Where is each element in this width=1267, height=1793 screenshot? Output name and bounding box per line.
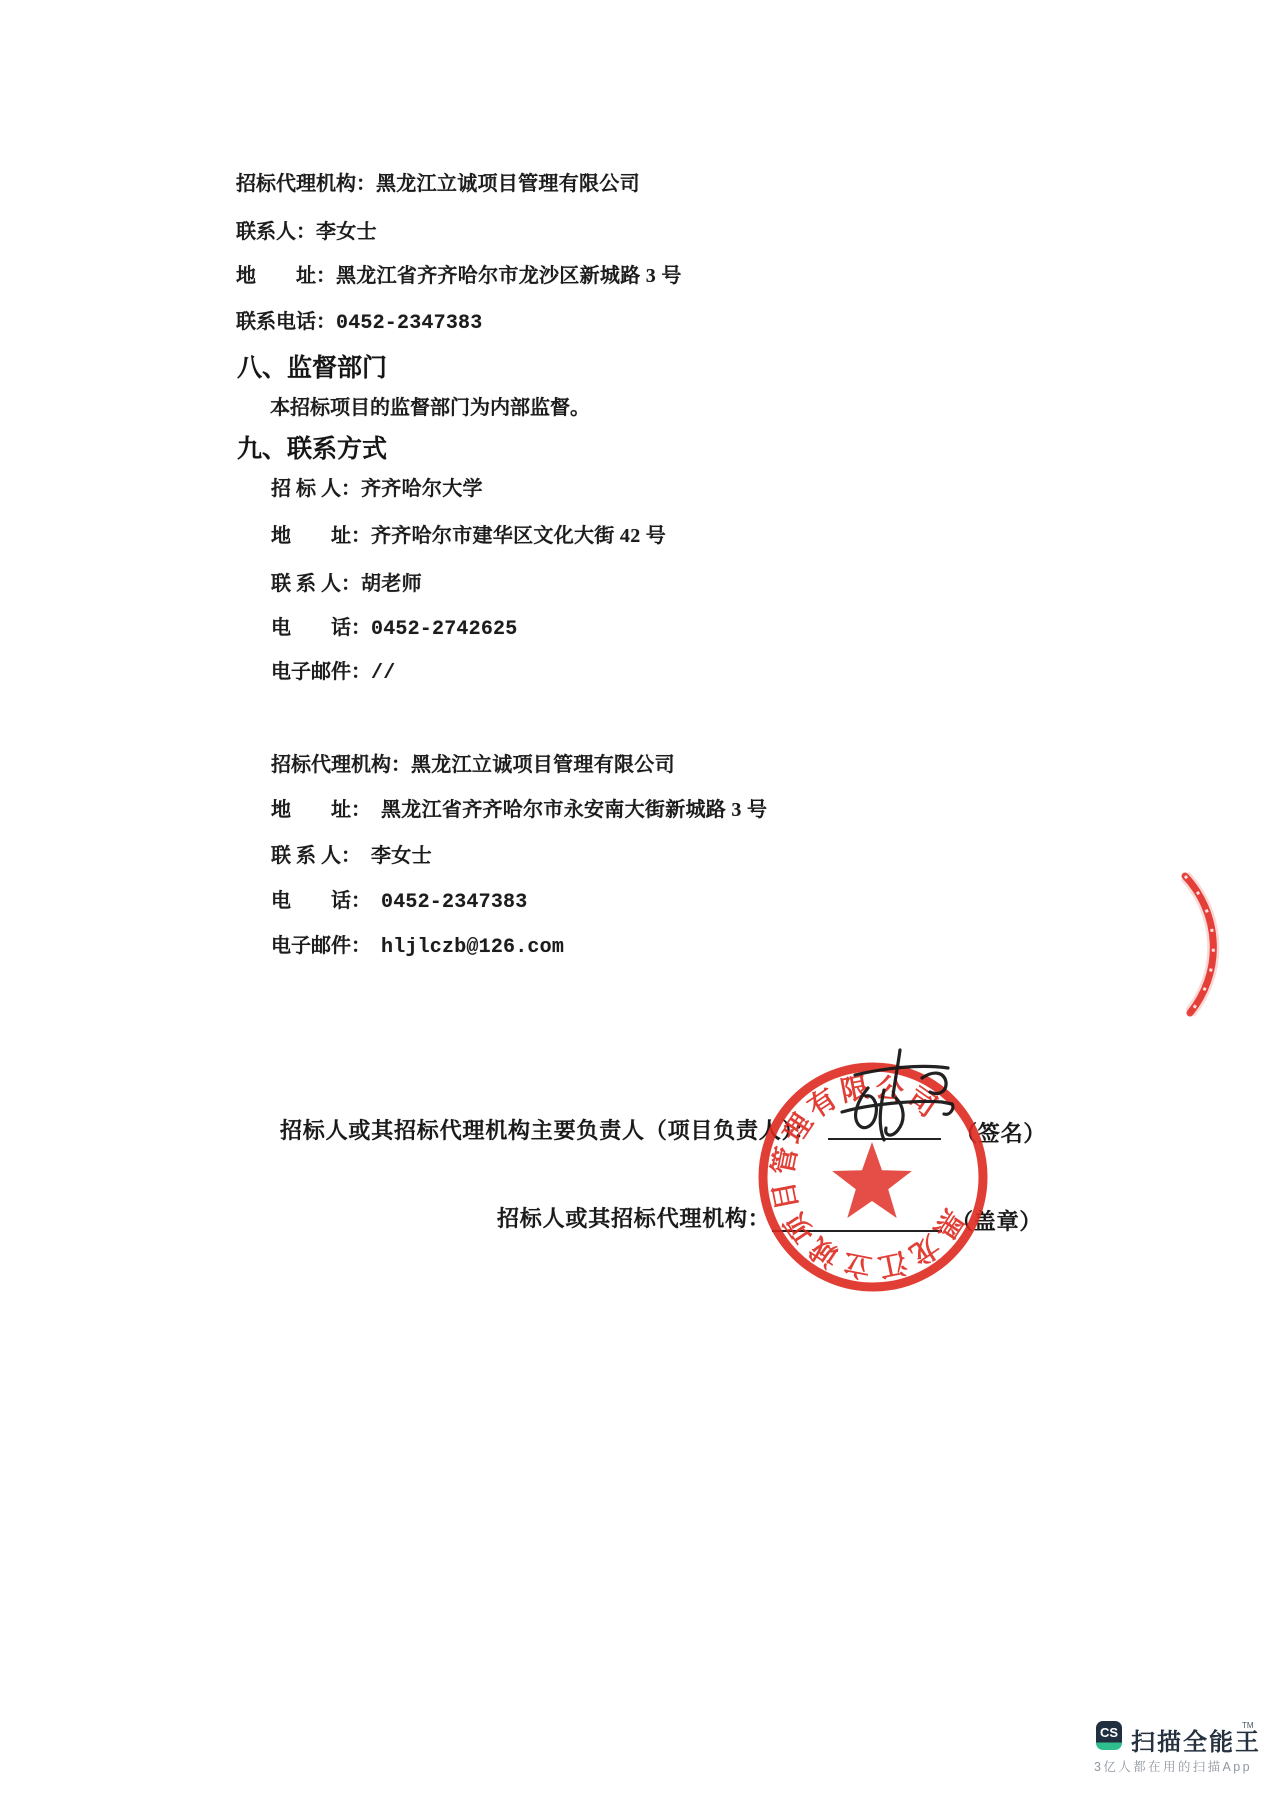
field-value: 齐齐哈尔大学 <box>361 478 483 500</box>
field-label: 联 系 人： <box>271 845 371 867</box>
tenderer-name-line: 招 标 人：齐齐哈尔大学 <box>271 477 483 501</box>
agency-summary-contact-line: 联系人：李女士 <box>236 220 377 244</box>
field-label: 联系人： <box>236 221 316 243</box>
agency-email-line: 电子邮件： hljlczb@126.com <box>271 934 564 960</box>
camscanner-tagline: 3亿人都在用的扫描App <box>1094 1757 1252 1775</box>
field-label: 地 址： <box>271 525 371 547</box>
section8-heading: 八、监督部门 <box>237 348 387 384</box>
field-value: 李女士 <box>371 845 432 867</box>
field-label: 电子邮件： <box>271 935 381 957</box>
field-label: 地 址： <box>271 799 381 821</box>
field-label: 电 话： <box>271 890 381 912</box>
field-value: 0452-2347383 <box>381 891 527 914</box>
agency-phone-line: 电 话： 0452-2347383 <box>271 889 527 915</box>
tenderer-contact-line: 联 系 人：胡老师 <box>271 572 422 596</box>
field-label: 招 标 人： <box>271 478 361 500</box>
field-value: 黑龙江省齐齐哈尔市龙沙区新城路 3 号 <box>336 265 682 287</box>
partial-stamp-arc <box>1168 862 1232 1026</box>
field-label: 招标代理机构： <box>236 173 376 195</box>
agency-summary-name-line: 招标代理机构：黑龙江立诚项目管理有限公司 <box>236 172 640 196</box>
field-value: hljlczb@126.com <box>381 936 564 959</box>
field-value: 黑龙江省齐齐哈尔市永安南大街新城路 3 号 <box>381 799 767 821</box>
agency-contact-line: 联 系 人： 李女士 <box>271 844 432 868</box>
tenderer-phone-line: 电 话：0452-2742625 <box>271 616 517 642</box>
camscanner-logo-icon: CS <box>1096 1721 1122 1750</box>
agency-name-line: 招标代理机构：黑龙江立诚项目管理有限公司 <box>271 753 675 777</box>
scanned-document-page: 招标代理机构：黑龙江立诚项目管理有限公司 联系人：李女士 地 址：黑龙江省齐齐哈… <box>0 0 1267 1793</box>
field-value: 齐齐哈尔市建华区文化大街 42 号 <box>371 525 666 547</box>
agency-summary-address-line: 地 址：黑龙江省齐齐哈尔市龙沙区新城路 3 号 <box>236 264 682 288</box>
signature-line2-label: 招标人或其招标代理机构： <box>497 1202 771 1233</box>
field-value: 李女士 <box>316 221 377 243</box>
field-value: 黑龙江立诚项目管理有限公司 <box>411 754 675 776</box>
tenderer-address-line: 地 址：齐齐哈尔市建华区文化大街 42 号 <box>271 524 666 548</box>
field-value: 0452-2742625 <box>371 618 517 641</box>
field-value: // <box>371 662 395 685</box>
field-value: 黑龙江立诚项目管理有限公司 <box>376 173 640 195</box>
field-label: 地 址： <box>236 265 336 287</box>
signature-line1-label: 招标人或其招标代理机构主要负责人（项目负责人）： <box>280 1114 816 1145</box>
field-label: 电 话： <box>271 617 371 639</box>
section8-body: 本招标项目的监督部门为内部监督。 <box>270 396 590 420</box>
field-value: 0452-2347383 <box>336 312 482 335</box>
trademark-symbol: TM <box>1242 1721 1254 1730</box>
agency-address-line: 地 址： 黑龙江省齐齐哈尔市永安南大街新城路 3 号 <box>271 798 767 822</box>
agency-summary-phone-line: 联系电话：0452-2347383 <box>236 310 482 336</box>
tenderer-email-line: 电子邮件：// <box>271 660 395 686</box>
field-label: 电子邮件： <box>271 661 371 683</box>
section9-heading: 九、联系方式 <box>237 429 387 465</box>
field-value: 胡老师 <box>361 573 422 595</box>
handwritten-signature <box>820 1045 970 1155</box>
field-label: 联 系 人： <box>271 573 361 595</box>
field-label: 招标代理机构： <box>271 754 411 776</box>
field-label: 联系电话： <box>236 311 336 333</box>
